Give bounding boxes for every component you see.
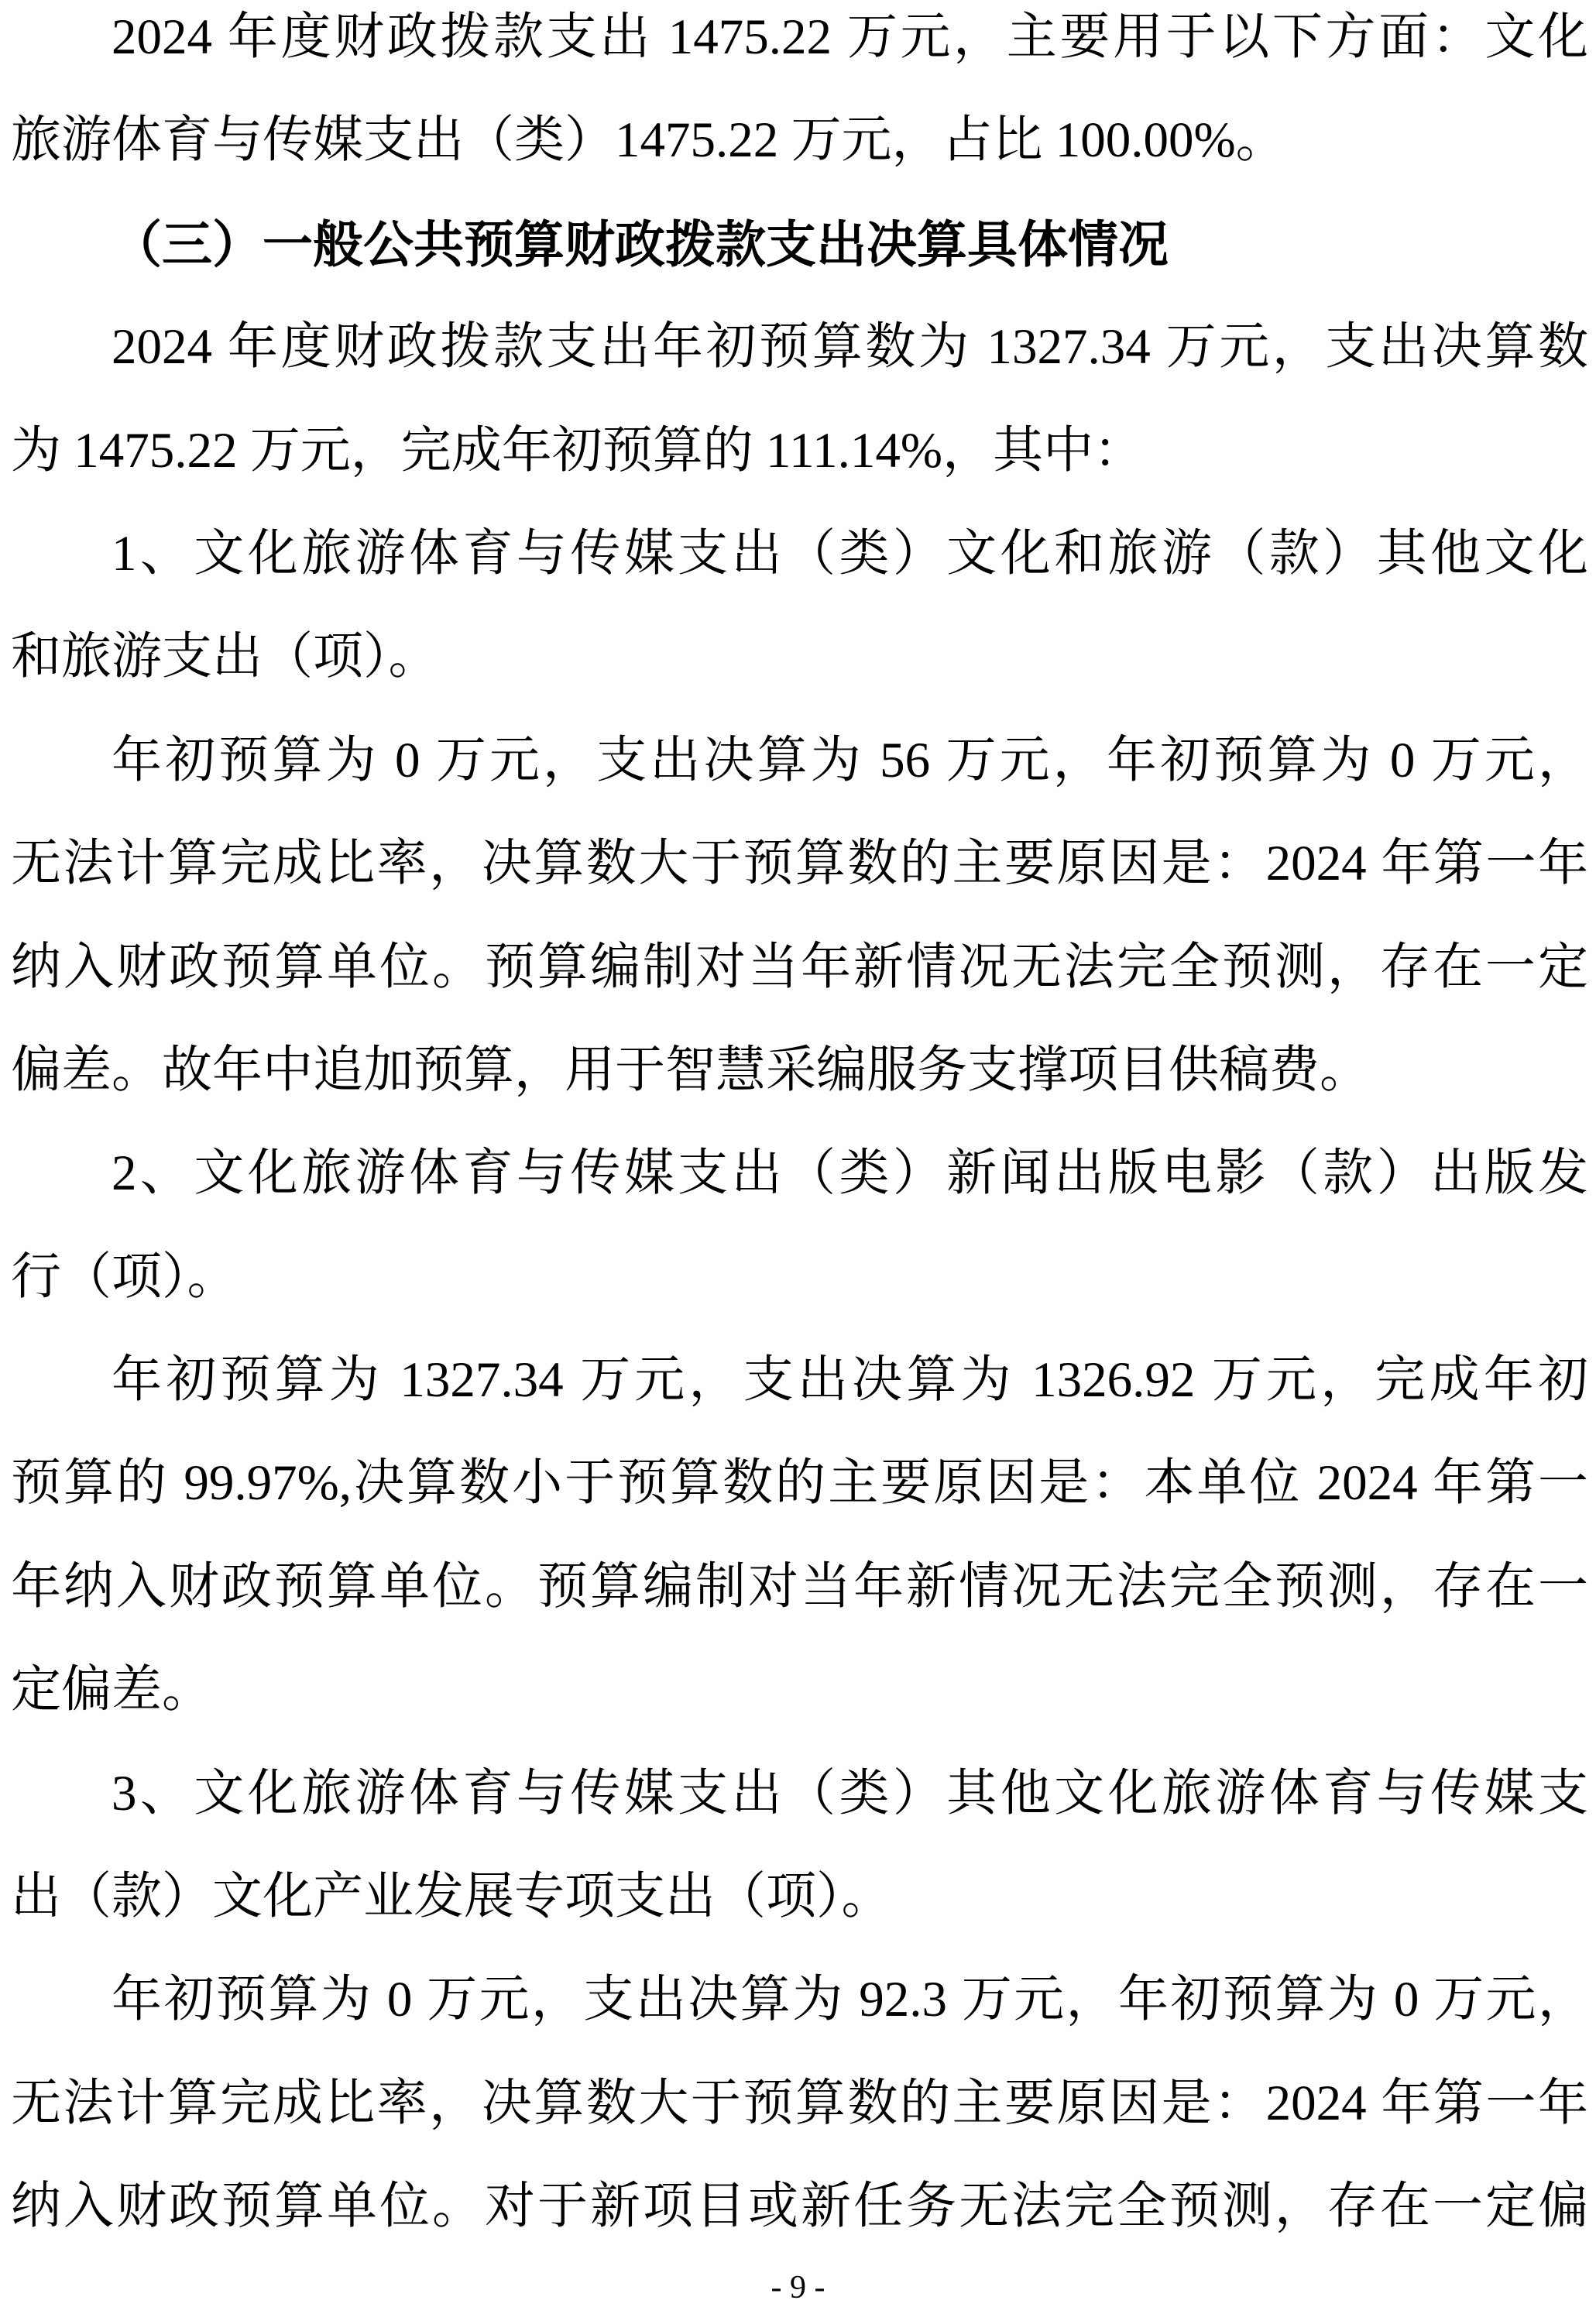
page-footer: - 9 - <box>0 2269 1596 2306</box>
document-page: 2024 年度财政拨款支出 1475.22 万元，主要用于以下方面：文化旅游体育… <box>0 0 1596 2314</box>
text-line: 年初预算为 1327.34 万元，支出决算为 1326.92 万元，完成年初 <box>11 1329 1588 1432</box>
text-line: 预算的 99.97%,决算数小于预算数的主要原因是：本单位 2024 年第一 <box>11 1432 1588 1535</box>
section-heading: （三）一般公共预算财政拨款支出决算具体情况 <box>11 193 1588 296</box>
page-number: - 9 - <box>771 2270 825 2305</box>
text-line: 无法计算完成比率，决算数大于预算数的主要原因是：2024 年第一年 <box>11 812 1588 915</box>
text-line: （三）一般公共预算财政拨款支出决算具体情况 <box>11 193 1588 296</box>
text-line: 年初预算为 0 万元，支出决算为 56 万元，年初预算为 0 万元， <box>11 709 1588 812</box>
text-line: 和旅游支出（项）。 <box>11 606 1588 709</box>
text-line: 定偏差。 <box>11 1639 1588 1742</box>
paragraph: 年初预算为 0 万元，支出决算为 56 万元，年初预算为 0 万元，无法计算完成… <box>11 709 1588 1123</box>
paragraph: 1、文化旅游体育与传媒支出（类）文化和旅游（款）其他文化和旅游支出（项）。 <box>11 503 1588 709</box>
text-line: 行（项）。 <box>11 1226 1588 1329</box>
paragraph: 2024 年度财政拨款支出年初预算数为 1327.34 万元，支出决算数为 14… <box>11 296 1588 503</box>
paragraph: 2024 年度财政拨款支出 1475.22 万元，主要用于以下方面：文化旅游体育… <box>11 0 1588 193</box>
text-line: 2024 年度财政拨款支出年初预算数为 1327.34 万元，支出决算数 <box>11 296 1588 399</box>
text-line: 纳入财政预算单位。预算编制对当年新情况无法完全预测，存在一定 <box>11 916 1588 1019</box>
text-line: 无法计算完成比率，决算数大于预算数的主要原因是：2024 年第一年 <box>11 2052 1588 2155</box>
text-line: 偏差。故年中追加预算，用于智慧采编服务支撑项目供稿费。 <box>11 1019 1588 1122</box>
text-line: 2、文化旅游体育与传媒支出（类）新闻出版电影（款）出版发 <box>11 1122 1588 1225</box>
document-content: 2024 年度财政拨款支出 1475.22 万元，主要用于以下方面：文化旅游体育… <box>11 0 1588 2259</box>
text-line: 年初预算为 0 万元，支出决算为 92.3 万元，年初预算为 0 万元， <box>11 1948 1588 2051</box>
paragraph: 3、文化旅游体育与传媒支出（类）其他文化旅游体育与传媒支出（款）文化产业发展专项… <box>11 1742 1588 1949</box>
text-line: 出（款）文化产业发展专项支出（项）。 <box>11 1845 1588 1948</box>
text-line: 为 1475.22 万元，完成年初预算的 111.14%，其中： <box>11 400 1588 503</box>
paragraph: 2、文化旅游体育与传媒支出（类）新闻出版电影（款）出版发行（项）。 <box>11 1122 1588 1329</box>
text-line: 3、文化旅游体育与传媒支出（类）其他文化旅游体育与传媒支 <box>11 1742 1588 1845</box>
paragraph: 年初预算为 0 万元，支出决算为 92.3 万元，年初预算为 0 万元，无法计算… <box>11 1948 1588 2258</box>
text-line: 年纳入财政预算单位。预算编制对当年新情况无法完全预测，存在一 <box>11 1536 1588 1639</box>
text-line: 2024 年度财政拨款支出 1475.22 万元，主要用于以下方面：文化 <box>11 0 1588 89</box>
text-line: 1、文化旅游体育与传媒支出（类）文化和旅游（款）其他文化 <box>11 503 1588 606</box>
text-line: 纳入财政预算单位。对于新项目或新任务无法完全预测，存在一定偏 <box>11 2155 1588 2258</box>
text-line: 旅游体育与传媒支出（类）1475.22 万元，占比 100.00%。 <box>11 89 1588 192</box>
paragraph: 年初预算为 1327.34 万元，支出决算为 1326.92 万元，完成年初预算… <box>11 1329 1588 1742</box>
